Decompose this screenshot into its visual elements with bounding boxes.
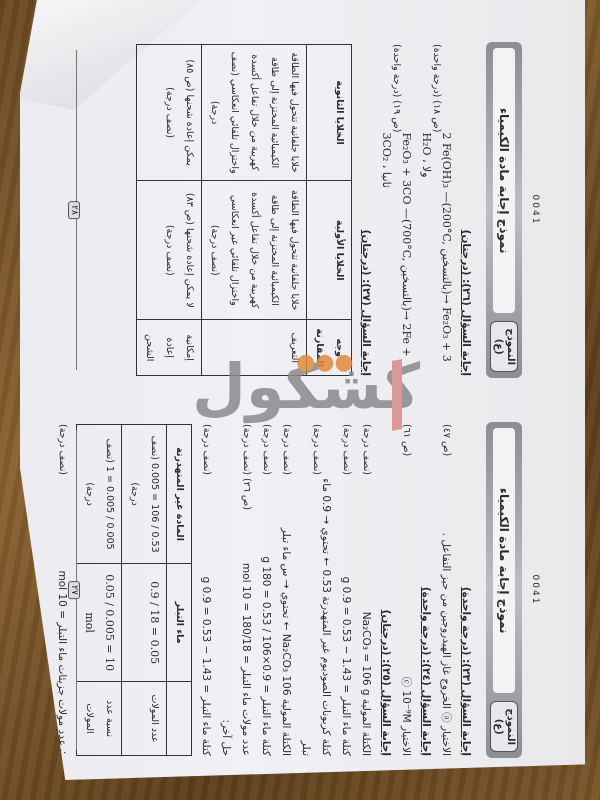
answer-line: كتلة كربونات الصوديوم غير المتهدرتة 0.53… bbox=[296, 424, 336, 756]
page-header: النموذج (ع) نموذج إجابة مادة الكيمياء bbox=[486, 422, 522, 758]
page-left: 0041 النموذج (ع) نموذج إجابة مادة الكيمي… bbox=[50, 30, 550, 390]
question-heading: إجابة السؤال (٢٧): (درجتان) bbox=[356, 44, 376, 376]
question-heading: إجابة السؤال (٢٦): (درجتان) bbox=[456, 44, 476, 376]
answer-line: الكتلة المولية Na₂CO₃ 106 ← تحتوي → س ما… bbox=[276, 424, 296, 756]
question-heading: إجابة السؤال (٢٤): (درجة واحدة) bbox=[416, 424, 436, 756]
answer-line: 2 Fe(OH)₃ —(200°C, بالتسخين)→ Fe₂O₃ + 3 … bbox=[416, 44, 456, 376]
question-heading: إجابة السؤال (٢٣): (درجة واحدة) bbox=[456, 424, 476, 756]
table-row: نسبة عدد المولات 0.05 / 0.005 = 10 mol 0… bbox=[77, 425, 122, 756]
question-heading: إجابة السؤال (٢٥): (درجتان) bbox=[376, 424, 396, 756]
table-row: إمكانية إعادة الشحن لا يمكن إعادة شحنها … bbox=[137, 45, 202, 376]
answers-right: إجابة السؤال (٢٣): (درجة واحدة) الاختيار… bbox=[52, 424, 476, 756]
answer-line: Fe₂O₃ + 3CO —(700°C, بالتسخين)→ 2Fe + 3C… bbox=[376, 44, 416, 376]
answer-line: الاختيار ⓒ 10⁻⁹M(ص ٦١) bbox=[396, 424, 416, 756]
table-row: التعريف خلايا جلفانية تتحول فيها الطاقة … bbox=[202, 45, 307, 376]
answer-line: الاختيار ⓐ الخروج غاز الهيدروجين من حيز … bbox=[436, 424, 456, 756]
answer-line: حل آخر: bbox=[216, 424, 236, 756]
page-number: ٢٨ bbox=[68, 201, 80, 219]
page-header: النموذج (ع) نموذج إجابة مادة الكيمياء bbox=[486, 42, 522, 378]
page-title: نموذج إجابة مادة الكيمياء bbox=[493, 428, 515, 693]
answer-line: كتلة ماء التبلر = 1.43 − 0.53 = 0.9 g(نص… bbox=[196, 424, 216, 756]
answer-line: كتلة ماء التبلر = 1.43 − 0.53 = 0.9 g(نص… bbox=[336, 424, 356, 756]
kashkol-watermark-logo: كشكول ●●● bbox=[200, 350, 420, 440]
page-number: ٢٧ bbox=[68, 581, 80, 599]
answer-line: الكتلة المولية Na₂CO₃ = 106 g(نصف درجة) bbox=[356, 424, 376, 756]
answers-left: إجابة السؤال (٢٦): (درجتان) 2 Fe(OH)₃ —(… bbox=[136, 44, 476, 376]
cells-comparison-table: وجه المقارنة الخلايا الأولية الخلايا الث… bbox=[136, 44, 352, 376]
model-badge: النموذج (ع) bbox=[490, 321, 518, 372]
page-title: نموذج إجابة مادة الكيمياء bbox=[493, 48, 515, 313]
watermark-bar-icon bbox=[392, 359, 402, 431]
doc-code: 0041 bbox=[530, 410, 540, 770]
watermark-dots-icon: ●●● bbox=[296, 350, 354, 375]
page-right: 0041 النموذج (ع) نموذج إجابة مادة الكيمي… bbox=[50, 410, 550, 770]
moles-table: ماء التبلر المادة غير المتهدرتة عدد المو… bbox=[76, 424, 192, 756]
table-row: عدد المولات 0.9 / 18 = 0.05 0.53 / 106 =… bbox=[122, 425, 167, 756]
model-badge: النموذج (ع) bbox=[490, 701, 518, 752]
answer-line: كتلة ماء التبلر = 0.9×106 / 0.53 = 180 g… bbox=[256, 424, 276, 756]
doc-code: 0041 bbox=[530, 30, 540, 390]
answer-line: عدد مولات ماء التبلر = 180/18 = 10 mol(ص… bbox=[236, 424, 256, 756]
